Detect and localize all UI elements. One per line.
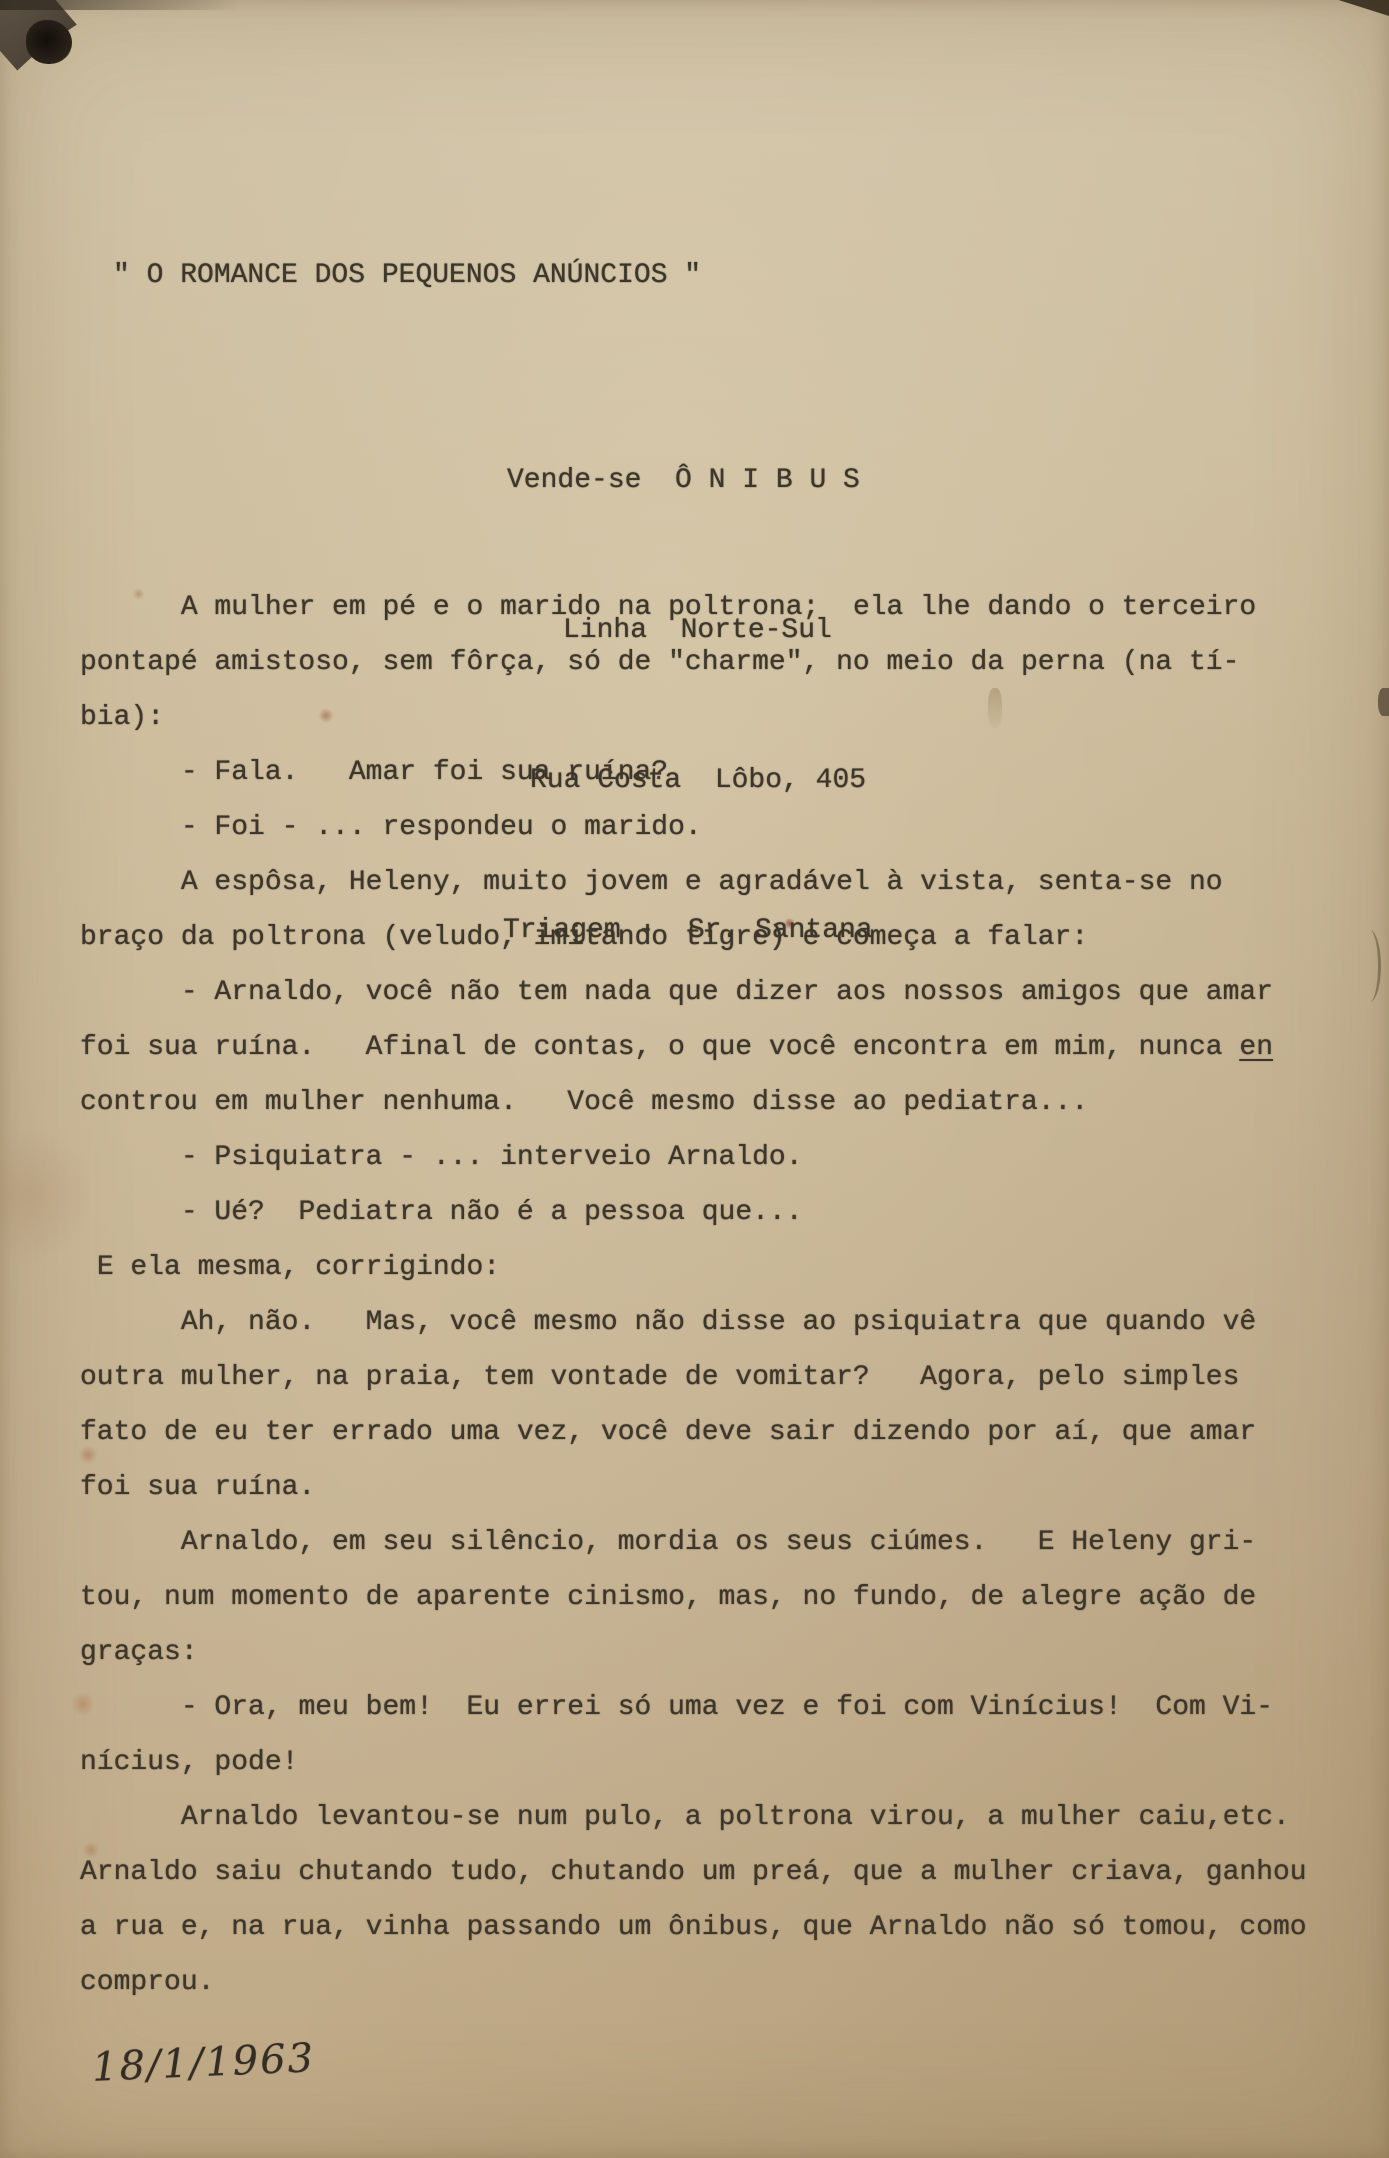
binding-hole-mark: [26, 20, 72, 64]
story-text-part2: controu em mulher nenhuma. Você mesmo di…: [80, 1087, 1307, 1998]
story-text: A mulher em pé e o marido na poltrona; e…: [80, 580, 1340, 2010]
right-edge-crease: [1362, 930, 1381, 1002]
typewritten-page: " O ROMANCE DOS PEQUENOS ANÚNCIOS " Vend…: [0, 0, 1389, 2158]
story-title: " O ROMANCE DOS PEQUENOS ANÚNCIOS ": [113, 248, 701, 303]
top-edge-shadow: [0, 0, 240, 10]
right-edge-nick: [1378, 688, 1389, 716]
top-right-nick: [1317, 0, 1389, 16]
story-text-underlined: en: [1239, 1032, 1273, 1063]
story-text-part1: A mulher em pé e o marido na poltrona; e…: [80, 592, 1273, 1063]
stain-spot: [0, 1120, 90, 1270]
ad-line-vende-se: Vende-se Ô N I B U S: [503, 456, 873, 506]
handwritten-date: 18/1/1963: [91, 2035, 316, 2091]
